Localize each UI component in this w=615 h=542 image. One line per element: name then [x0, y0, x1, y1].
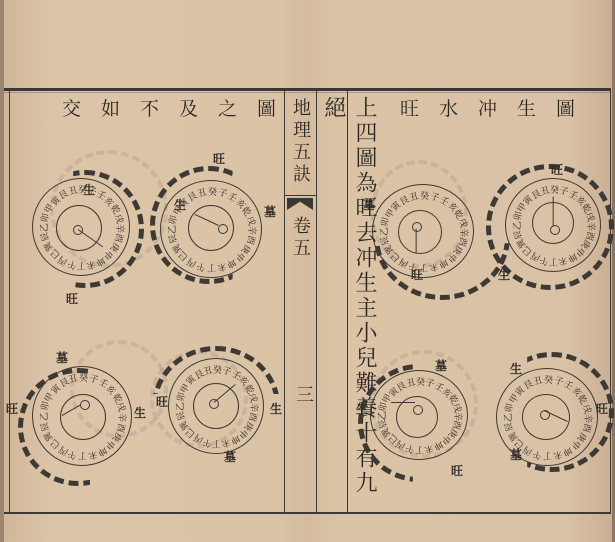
volume-label: 卷五: [287, 216, 313, 260]
label-sheng: 生: [83, 181, 95, 198]
page-number: 三: [290, 385, 316, 403]
label-sheng: 生: [356, 400, 368, 417]
left-page-edge: [0, 0, 4, 542]
label-mu: 墓: [510, 446, 522, 463]
label-wang: 旺: [551, 161, 563, 178]
label-mu: 墓: [56, 349, 68, 366]
left-page-title: 交如不及之圖: [62, 94, 296, 120]
label-wang: 旺: [411, 266, 423, 283]
label-mu: 墓: [224, 448, 236, 465]
label-wang: 旺: [156, 393, 168, 410]
left-frame-line: [9, 88, 10, 514]
book-spread: 交如不及之圖 旺水冲生圖 地理五訣 卷五 三 上四圖為旺去冲生主小兒難養十有九絕…: [0, 0, 615, 542]
banxin-right-line: [316, 88, 317, 514]
label-mu: 墓: [264, 203, 276, 220]
label-sheng: 生: [498, 266, 510, 283]
right-frame-line: [610, 88, 611, 514]
label-wang: 旺: [213, 150, 225, 167]
label-sheng: 生: [270, 400, 282, 417]
label-mu: 墓: [435, 357, 447, 374]
book-title: 地理五訣: [287, 98, 313, 198]
label-wang: 旺: [596, 400, 608, 417]
label-sheng: 生: [510, 360, 522, 377]
bottom-border-rule: [4, 512, 611, 514]
top-border-rule: [4, 88, 611, 91]
label-mu: 墓: [363, 196, 375, 213]
fishtail-mark: [287, 198, 313, 210]
label-wang: 旺: [66, 290, 78, 307]
label-sheng: 生: [134, 404, 146, 421]
label-sheng: 生: [174, 196, 186, 213]
label-wang: 旺: [451, 462, 463, 479]
right-page-title: 旺水冲生圖: [400, 94, 595, 120]
label-wang: 旺: [6, 400, 18, 417]
